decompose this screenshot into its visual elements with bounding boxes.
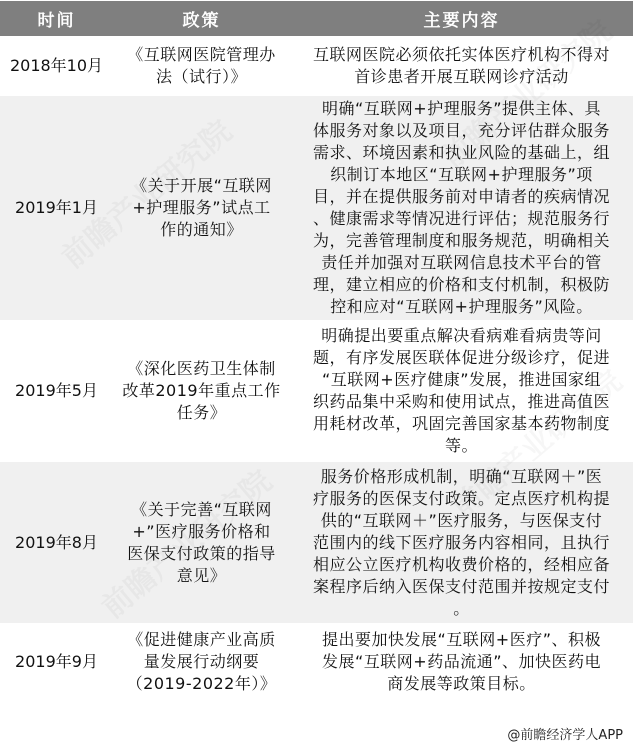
content-line: 责任并加强对互联网信息技术平台的管 bbox=[321, 252, 602, 274]
content-line: 用耗材改革，巩固完善国家基本药物制度 bbox=[313, 413, 610, 435]
time-cell: 2019年5月 bbox=[0, 380, 113, 402]
content-line: 互联网医院必须依托实体医疗机构不得对 bbox=[313, 44, 610, 66]
policy-line: +”医疗服务价格和 bbox=[132, 521, 270, 543]
content-line: 目，并在提供服务前对申请者的疾病情况 bbox=[313, 186, 610, 208]
content-cell: 提出要加快发展“互联网+医疗”、积极 发展“互联网+药品流通”、加快医药电 商发… bbox=[290, 629, 633, 695]
policy-cell: 《关于开展“互联网 +护理服务”试点工 作的通知》 bbox=[113, 175, 290, 241]
content-line: 相应公立医疗机构收费价格的，经相应备 bbox=[313, 554, 610, 576]
policy-line: 法（试行）》 bbox=[156, 66, 247, 88]
content-line: 、健康需求等情况进行评估；规范服务行 bbox=[313, 208, 610, 230]
time-cell: 2018年10月 bbox=[0, 55, 113, 77]
policy-table: 时间 政策 主要内容 2018年10月 《互联网医院管理办 法（试行）》 互联网… bbox=[0, 1, 633, 701]
content-line: 首诊患者开展互联网诊疗活动 bbox=[354, 66, 569, 88]
content-line: 商发展等政策目标。 bbox=[387, 673, 536, 695]
content-line: 案程序后纳入医保支付范围并按规定支付 bbox=[313, 576, 610, 598]
policy-line: +护理服务”试点工 bbox=[132, 197, 270, 219]
content-line: 为，完善管理制度和服务规范，明确相关 bbox=[313, 230, 610, 252]
content-line: 明确“互联网+护理服务”提供主体、具 bbox=[322, 98, 601, 120]
table-row: 2019年9月 《促进健康产业高质 量发展行动纲要 （2019-2022年）》 … bbox=[0, 623, 633, 701]
header-policy: 政策 bbox=[113, 6, 290, 31]
policy-line: 《促进健康产业高质 bbox=[127, 629, 276, 651]
content-line: 织制订本地区“互联网+护理服务”项 bbox=[330, 164, 593, 186]
content-cell: 明确“互联网+护理服务”提供主体、具 体服务对象以及项目，充分评估群众服务 需求… bbox=[290, 98, 633, 318]
header-time: 时间 bbox=[0, 6, 113, 31]
policy-line: 改革2019年重点工作 bbox=[122, 380, 280, 402]
content-line: 供的“互联网＋”医疗服务，与医保支付 bbox=[321, 510, 603, 532]
content-line: 。 bbox=[453, 598, 470, 620]
time-cell: 2019年9月 bbox=[0, 651, 113, 673]
content-line: 发展“互联网+药品流通”、加快医药电 bbox=[322, 651, 601, 673]
content-line: “互联网+医疗健康”发展，推进国家组 bbox=[322, 369, 601, 391]
content-line: 范围内的线下医疗服务内容相同，且执行 bbox=[313, 532, 610, 554]
policy-line: （2019-2022年）》 bbox=[127, 673, 277, 695]
content-line: 明确提出要重点解决看病难看病贵等问 bbox=[321, 325, 602, 347]
policy-line: 《深化医药卫生体制 bbox=[127, 358, 276, 380]
policy-line: 《互联网医院管理办 bbox=[127, 44, 276, 66]
content-line: 提出要加快发展“互联网+医疗”、积极 bbox=[322, 629, 601, 651]
time-text: 2019年5月 bbox=[15, 380, 98, 402]
policy-cell: 《深化医药卫生体制 改革2019年重点工作 任务》 bbox=[113, 358, 290, 424]
content-line: 服务价格形成机制，明确“互联网＋”医 bbox=[321, 466, 603, 488]
content-line: 疗服务的医保支付政策。定点医疗机构提 bbox=[313, 488, 610, 510]
time-cell: 2019年1月 bbox=[0, 197, 113, 219]
content-line: 题，有序发展医联体促进分级诊疗，促进 bbox=[313, 347, 610, 369]
content-cell: 服务价格形成机制，明确“互联网＋”医 疗服务的医保支付政策。定点医疗机构提 供的… bbox=[290, 466, 633, 620]
table-row: 2019年1月 《关于开展“互联网 +护理服务”试点工 作的通知》 明确“互联网… bbox=[0, 96, 633, 320]
time-text: 2019年9月 bbox=[15, 651, 98, 673]
time-cell: 2019年8月 bbox=[0, 532, 113, 554]
time-text: 2018年10月 bbox=[10, 55, 103, 77]
policy-cell: 《促进健康产业高质 量发展行动纲要 （2019-2022年）》 bbox=[113, 629, 290, 695]
content-cell: 明确提出要重点解决看病难看病贵等问 题，有序发展医联体促进分级诊疗，促进 “互联… bbox=[290, 325, 633, 457]
header-content: 主要内容 bbox=[290, 6, 633, 31]
time-text: 2019年1月 bbox=[15, 197, 98, 219]
content-line: 织药品集中采购和使用试点，推进高值医 bbox=[313, 391, 610, 413]
content-cell: 互联网医院必须依托实体医疗机构不得对 首诊患者开展互联网诊疗活动 bbox=[290, 44, 633, 88]
content-line: 需求、环境因素和执业风险的基础上，组 bbox=[313, 142, 610, 164]
source-credit: @前瞻经济学人APP bbox=[507, 724, 623, 743]
policy-cell: 《互联网医院管理办 法（试行）》 bbox=[113, 44, 290, 88]
table-row: 2019年5月 《深化医药卫生体制 改革2019年重点工作 任务》 明确提出要重… bbox=[0, 320, 633, 462]
policy-line: 意见》 bbox=[177, 565, 227, 587]
table-row: 2018年10月 《互联网医院管理办 法（试行）》 互联网医院必须依托实体医疗机… bbox=[0, 36, 633, 96]
content-line: 体服务对象以及项目，充分评估群众服务 bbox=[313, 120, 610, 142]
policy-cell: 《关于完善“互联网 +”医疗服务价格和 医保支付政策的指导 意见》 bbox=[113, 499, 290, 587]
policy-line: 《关于完善“互联网 bbox=[131, 499, 272, 521]
content-line: 控和应对“互联网+护理服务”风险。 bbox=[330, 296, 593, 318]
policy-line: 任务》 bbox=[177, 402, 227, 424]
content-line: 等。 bbox=[445, 435, 478, 457]
policy-line: 《关于开展“互联网 bbox=[131, 175, 272, 197]
table-row: 2019年8月 《关于完善“互联网 +”医疗服务价格和 医保支付政策的指导 意见… bbox=[0, 462, 633, 623]
policy-line: 量发展行动纲要 bbox=[144, 651, 260, 673]
policy-line: 作的通知》 bbox=[160, 219, 243, 241]
policy-line: 医保支付政策的指导 bbox=[127, 543, 276, 565]
content-line: 理，建立相应的价格和支付机制，积极防 bbox=[313, 274, 610, 296]
time-text: 2019年8月 bbox=[15, 532, 98, 554]
table-header: 时间 政策 主要内容 bbox=[0, 1, 633, 36]
